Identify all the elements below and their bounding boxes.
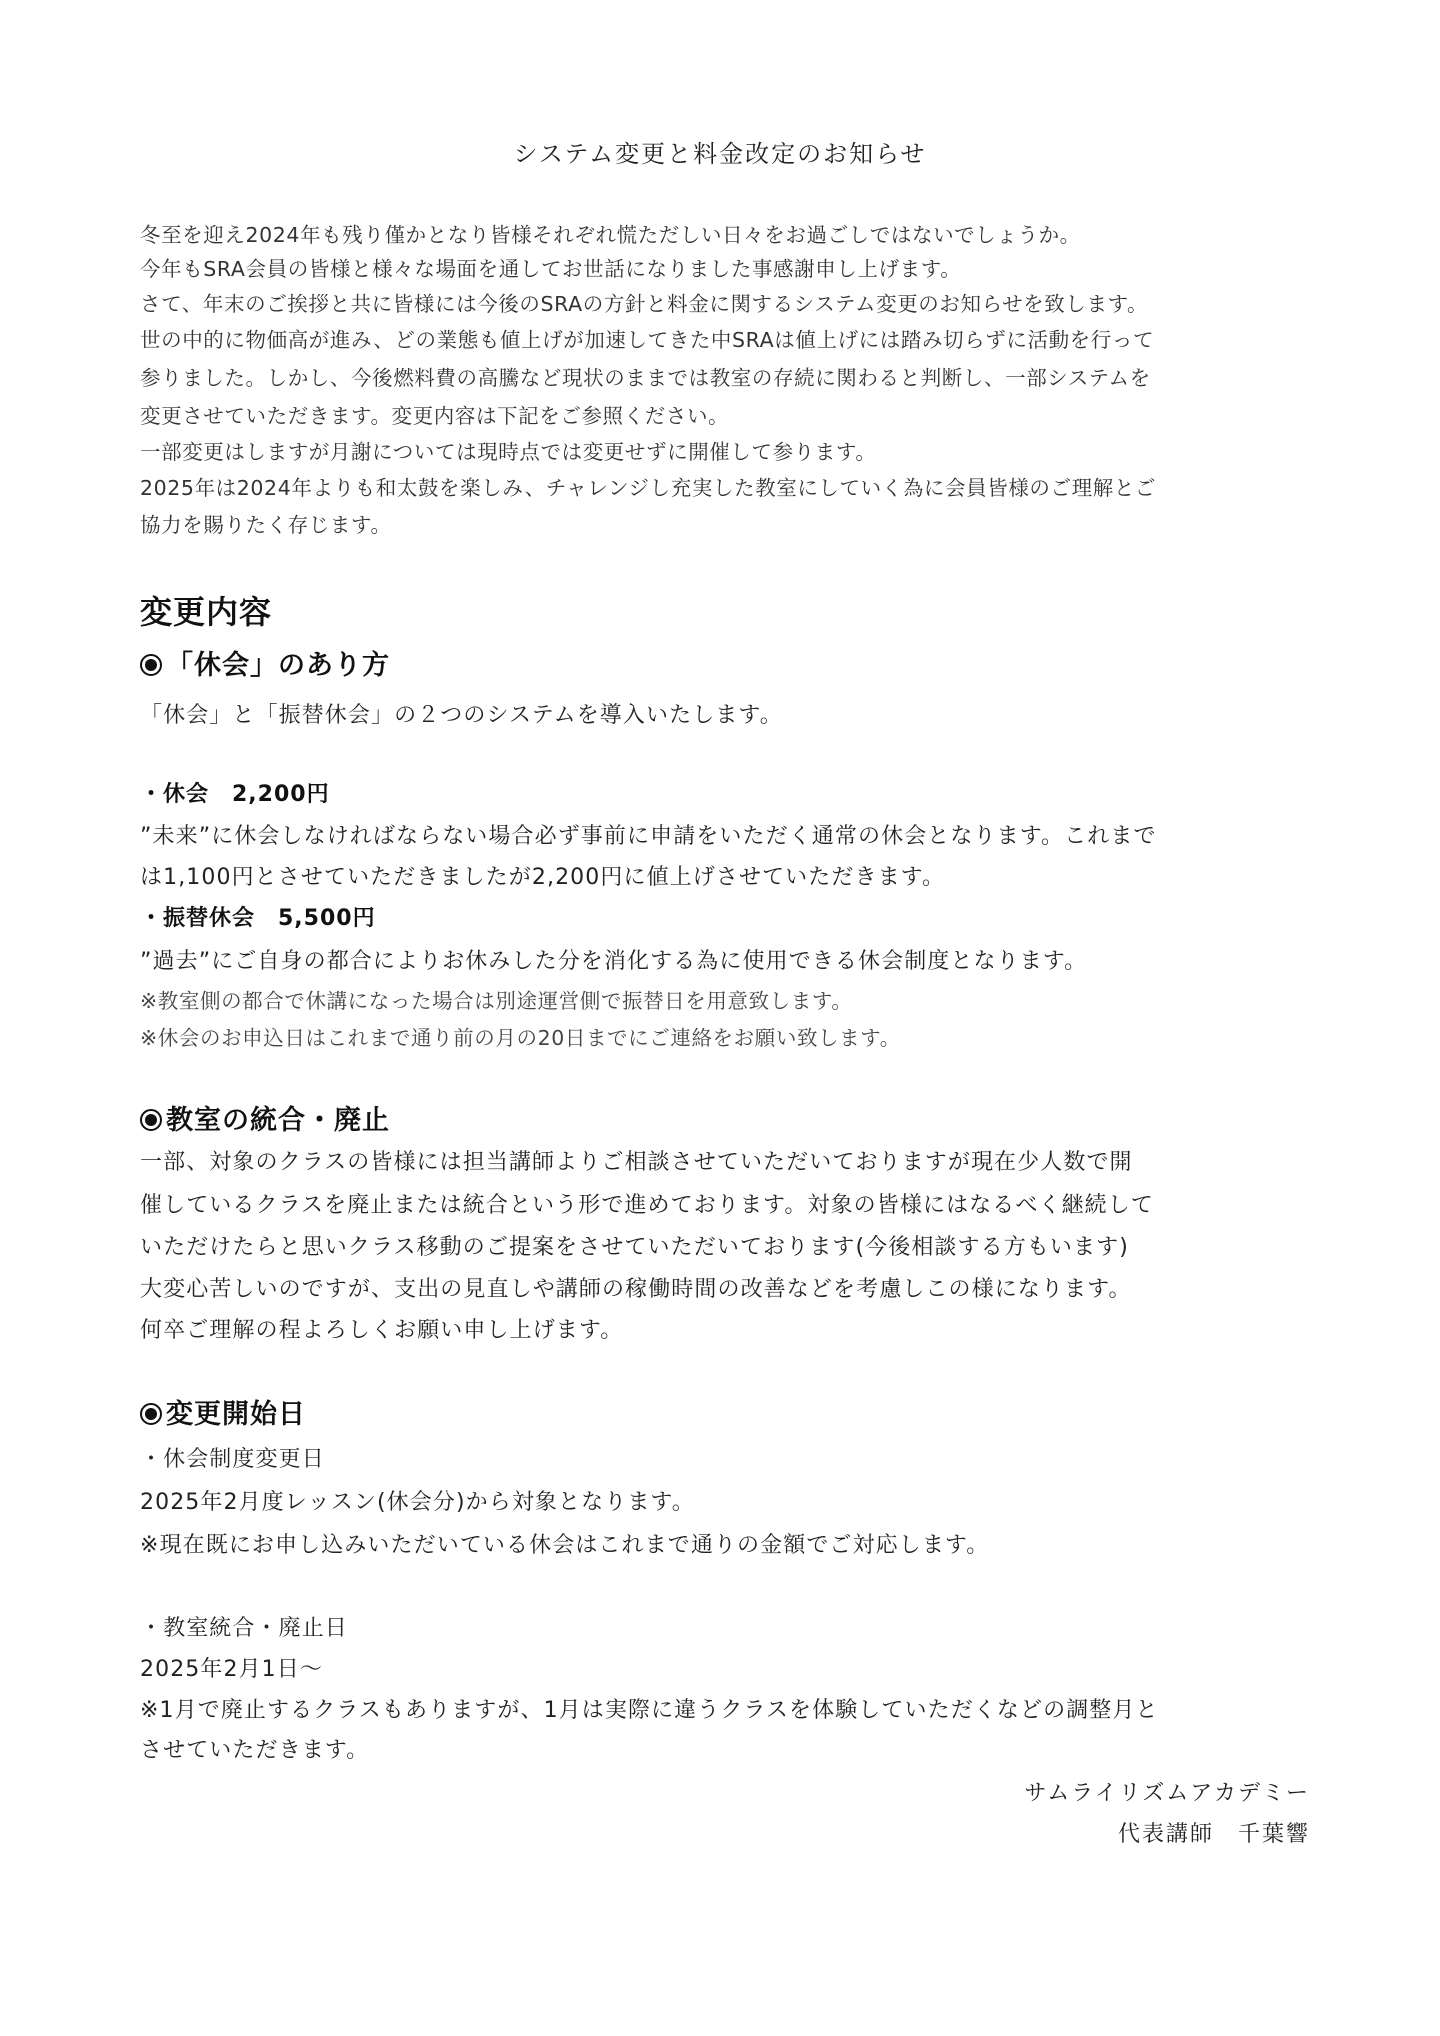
intro-line: 冬至を迎え2024年も残り僅かとなり皆様それぞれ慌ただしい日々をお過ごしではない… <box>140 225 1081 246</box>
section-heading-text: 教室の統合・廃止 <box>166 1105 390 1136</box>
section-lead: 「休会」と「振替休会」の２つのシステムを導入いたします。 <box>140 705 783 727</box>
start-text: 2025年2月度レッスン(休会分)から対象となります。 <box>140 1492 695 1514</box>
start-text: 2025年2月1日～ <box>140 1659 323 1681</box>
section-heading: 「休会」のあり方 <box>140 652 390 679</box>
intro-line: 一部変更はしますが月謝については現時点では変更せずに開催して参ります。 <box>140 442 876 463</box>
item-label-furikae: ・振替休会 5,500円 <box>140 908 376 930</box>
start-label-classes: ・教室統合・廃止日 <box>140 1618 348 1640</box>
intro-line: 参りました。しかし、今後燃料費の高騰など現状のままでは教室の存続に関わると判断し… <box>140 368 1151 389</box>
item-text: ”未来”に休会しなければならない場合必ず事前に申請をいただく通常の休会となります… <box>140 826 1157 848</box>
section-heading: 変更開始日 <box>140 1401 306 1428</box>
section-text: 一部、対象のクラスの皆様には担当講師よりご相談させていただいておりますが現在少人… <box>140 1152 1133 1174</box>
intro-line: 2025年は2024年よりも和太鼓を楽しみ、チャレンジし充実した教室にしていく為… <box>140 478 1156 499</box>
changes-heading: 変更内容 <box>140 596 272 628</box>
note: ※休会のお申込日はこれまで通り前の月の20日までにご連絡をお願い致します。 <box>140 1028 901 1049</box>
note: ※教室側の都合で休講になった場合は別途運営側で振替日を用意致します。 <box>140 991 852 1012</box>
document-title: システム変更と料金改定のお知らせ <box>0 142 1440 166</box>
intro-line: 変更させていただきます。変更内容は下記をご参照ください。 <box>140 406 729 427</box>
item-label-kyukai: ・休会 2,200円 <box>140 784 330 806</box>
section-text: 催しているクラスを廃止または統合という形で進めております。対象の皆様にはなるべく… <box>140 1195 1154 1217</box>
section-heading-text: 「休会」のあり方 <box>166 650 390 681</box>
section-text: 大変心苦しいのですが、支出の見直しや講師の稼働時間の改善などを考慮しこの様になり… <box>140 1279 1132 1301</box>
item-text: は1,100円とさせていただきましたが2,200円に値上げさせていただきます。 <box>140 867 945 889</box>
fisheye-bullet-icon <box>140 654 162 676</box>
section-heading: 教室の統合・廃止 <box>140 1107 390 1134</box>
signature-org: サムライリズムアカデミー <box>1024 1783 1310 1805</box>
start-text: ※1月で廃止するクラスもありますが、1月は実際に違うクラスを体験していただくなど… <box>140 1700 1159 1722</box>
fisheye-bullet-icon <box>140 1109 162 1131</box>
section-text: 何卒ご理解の程よろしくお願い申し上げます。 <box>140 1320 623 1342</box>
section-heading-text: 変更開始日 <box>166 1399 306 1430</box>
section-text: いただけたらと思いクラス移動のご提案をさせていただいております(今後相談する方も… <box>140 1237 1129 1259</box>
item-text: ”過去”にご自身の都合によりお休みした分を消化する為に使用できる休会制度となりま… <box>140 951 1087 973</box>
intro-line: 世の中的に物価高が進み、どの業態も値上げが加速してきた中SRAは値上げには踏み切… <box>140 330 1154 351</box>
start-label-kyukai: ・休会制度変更日 <box>140 1449 325 1471</box>
intro-line: 協力を賜りたく存じます。 <box>140 515 392 536</box>
start-text: ※現在既にお申し込みいただいている休会はこれまで通りの金額でご対応します。 <box>140 1535 989 1557</box>
start-text: させていただきます。 <box>140 1740 369 1762</box>
fisheye-bullet-icon <box>140 1403 162 1425</box>
intro-line: 今年もSRA会員の皆様と様々な場面を通してお世話になりました事感謝申し上げます。 <box>140 259 961 280</box>
intro-line: さて、年末のご挨拶と共に皆様には今後のSRAの方針と料金に関するシステム変更のお… <box>140 294 1148 315</box>
signature-person: 代表講師 千葉響 <box>1118 1824 1310 1846</box>
